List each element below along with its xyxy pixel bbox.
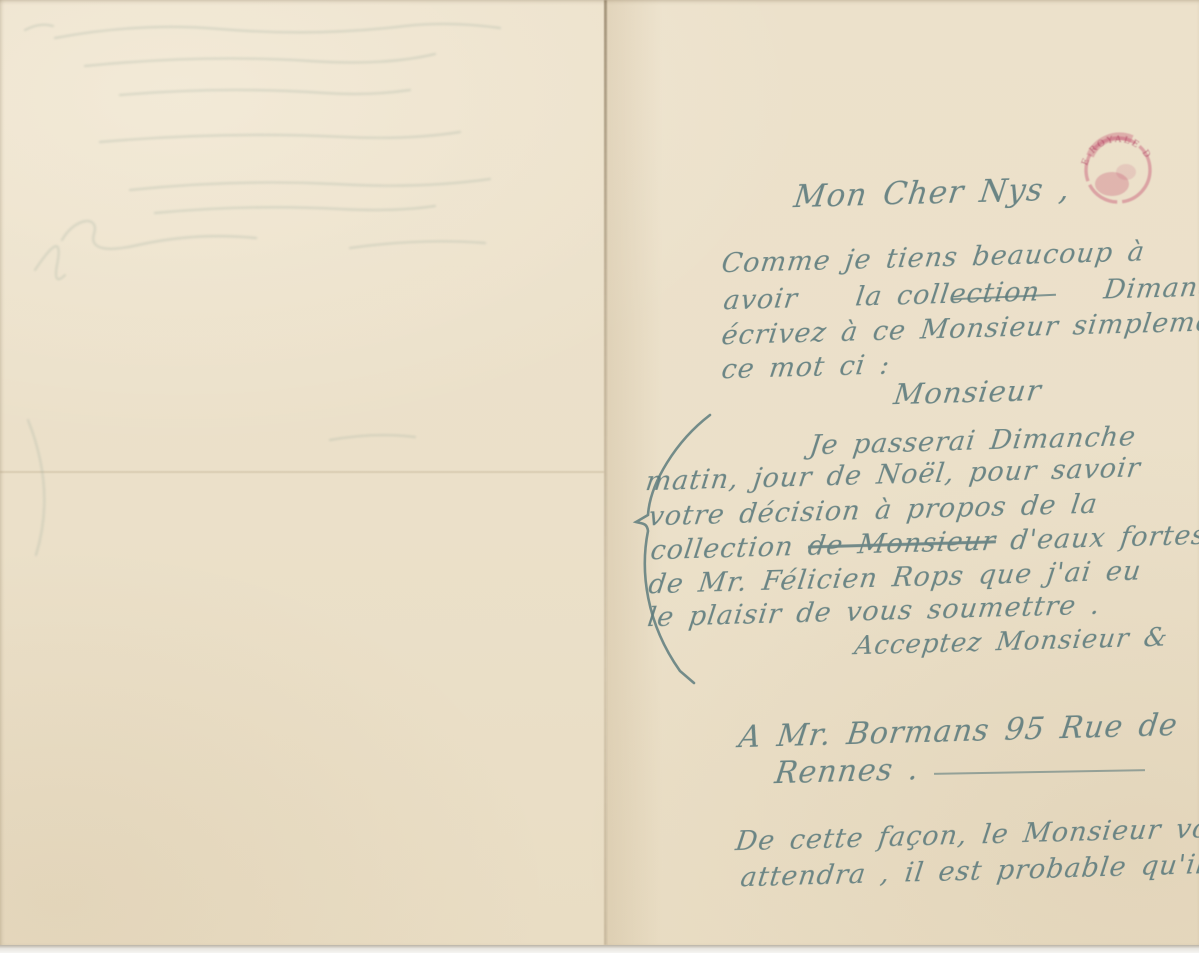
scan-bottom-edge — [0, 945, 1199, 953]
inner-salutation-line: Monsieur — [892, 376, 1043, 409]
address-line: Rennes . — [773, 755, 921, 789]
text-after-strike: d'eaux fortes — [994, 519, 1199, 556]
word-la-collection: la collection — [854, 276, 1042, 312]
letter-scan: E ROYALE D Mon Cher Nys , Comme je tiens… — [0, 0, 1199, 953]
word-dimanche: Dimanche — [1102, 270, 1199, 305]
red-collection-stamp-icon: E ROYALE D — [1070, 122, 1166, 218]
text-before-strike: collection — [649, 530, 810, 566]
word-avoir: avoir — [722, 283, 800, 316]
stamp-arc-text: E ROYALE D — [1080, 135, 1153, 167]
svg-text:E ROYALE D: E ROYALE D — [1080, 135, 1153, 167]
showthrough-writing — [0, 0, 604, 953]
struck-out-words: de Monsieur — [806, 525, 998, 561]
salutation-line: Mon Cher Nys , — [792, 174, 1072, 213]
body-line: ce mot ci : — [720, 351, 892, 383]
